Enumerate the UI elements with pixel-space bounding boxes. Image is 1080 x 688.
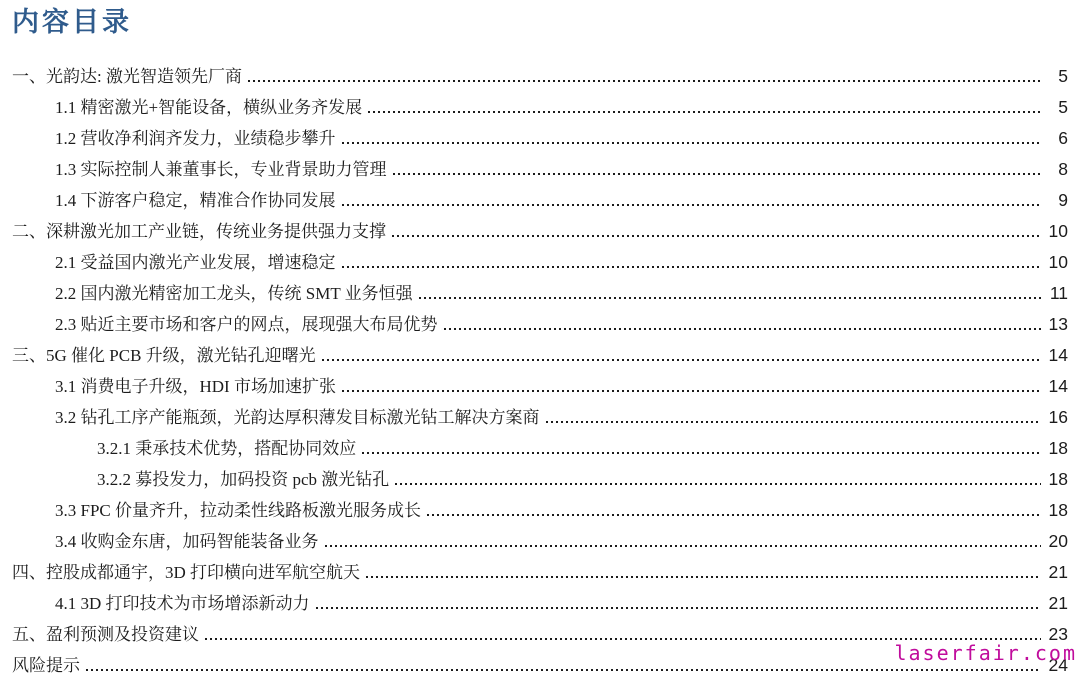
toc-leader-dots (322, 359, 1041, 361)
toc-entry[interactable]: 1.1 精密激光+智能设备，横纵业务齐发展 5 (12, 91, 1068, 122)
toc-entry[interactable]: 2.1 受益国内激光产业发展，增速稳定 10 (12, 246, 1068, 277)
toc-entry[interactable]: 风险提示 24 (12, 649, 1068, 680)
toc-entry[interactable]: 五、盈利预测及投资建议 23 (12, 618, 1068, 649)
toc-entry-page: 8 (1044, 159, 1068, 184)
toc-entry[interactable]: 3.3 FPC 价量齐升，拉动柔性线路板激光服务成长 18 (12, 494, 1068, 525)
toc-leader-dots (395, 483, 1041, 485)
toc-entry-label: 一、光韵达: 激光智造领先厂商 (12, 66, 242, 91)
toc-entry-label: 1.2 营收净利润齐发力，业绩稳步攀升 (55, 128, 336, 153)
toc-leader-dots (342, 142, 1042, 144)
toc-entry-label: 2.3 贴近主要市场和客户的网点，展现强大布局优势 (55, 314, 438, 339)
toc-entry-page: 9 (1044, 190, 1068, 215)
toc-entry-label: 1.3 实际控制人兼董事长，专业背景助力管理 (55, 159, 387, 184)
toc-entry[interactable]: 3.2 钻孔工序产能瓶颈，光韵达厚积薄发目标激光钻工解决方案商 16 (12, 401, 1068, 432)
toc-entry[interactable]: 1.2 营收净利润齐发力，业绩稳步攀升 6 (12, 122, 1068, 153)
toc-entry[interactable]: 一、光韵达: 激光智造领先厂商 5 (12, 60, 1068, 91)
toc-entry[interactable]: 4.1 3D 打印技术为市场增添新动力 21 (12, 587, 1068, 618)
toc-entry-label: 4.1 3D 打印技术为市场增添新动力 (55, 593, 310, 618)
toc-leader-dots (368, 111, 1041, 113)
toc-leader-dots (86, 669, 1041, 671)
toc-entry-label: 四、控股成都通宇，3D 打印横向进军航空航天 (12, 562, 360, 587)
toc-entry-page: 5 (1044, 97, 1068, 122)
toc-entry-label: 3.1 消费电子升级，HDI 市场加速扩张 (55, 376, 336, 401)
toc-entry-page: 6 (1044, 128, 1068, 153)
toc-entry-page: 16 (1044, 407, 1068, 432)
toc-leader-dots (248, 80, 1041, 82)
toc-entry-page: 18 (1044, 469, 1068, 494)
toc-entry-label: 三、5G 催化 PCB 升级，激光钻孔迎曙光 (12, 345, 316, 370)
toc-leader-dots (362, 452, 1041, 454)
toc-entry-page: 20 (1044, 531, 1068, 556)
toc-entry[interactable]: 3.2.2 募投发力，加码投资 pcb 激光钻孔 18 (12, 463, 1068, 494)
toc-entry-label: 二、深耕激光加工产业链，传统业务提供强力支撑 (12, 221, 386, 246)
toc-leader-dots (366, 576, 1041, 578)
toc-entry-label: 3.4 收购金东唐，加码智能装备业务 (55, 531, 319, 556)
toc-entry[interactable]: 二、深耕激光加工产业链，传统业务提供强力支撑 10 (12, 215, 1068, 246)
toc-entry-page: 11 (1044, 283, 1068, 308)
toc-entry-page: 18 (1044, 500, 1068, 525)
toc-entry-label: 五、盈利预测及投资建议 (12, 624, 199, 649)
toc-leader-dots (205, 638, 1041, 640)
toc-entry[interactable]: 四、控股成都通宇，3D 打印横向进军航空航天 21 (12, 556, 1068, 587)
toc-entry-page: 23 (1044, 624, 1068, 649)
toc-leader-dots (444, 328, 1042, 330)
toc-entry[interactable]: 三、5G 催化 PCB 升级，激光钻孔迎曙光 14 (12, 339, 1068, 370)
toc-entry[interactable]: 1.3 实际控制人兼董事长，专业背景助力管理 8 (12, 153, 1068, 184)
toc-leader-dots (546, 421, 1042, 423)
toc-leader-dots (342, 266, 1042, 268)
toc-entry-label: 3.2.2 募投发力，加码投资 pcb 激光钻孔 (97, 469, 389, 494)
toc-leader-dots (392, 235, 1041, 237)
toc-leader-dots (316, 607, 1041, 609)
toc-entry-page: 14 (1044, 376, 1068, 401)
toc-page: 内容目录 一、光韵达: 激光智造领先厂商 5 1.1 精密激光+智能设备，横纵业… (0, 0, 1080, 688)
toc-entry-page: 24 (1044, 655, 1068, 680)
toc-entry[interactable]: 3.1 消费电子升级，HDI 市场加速扩张 14 (12, 370, 1068, 401)
toc-leader-dots (342, 390, 1041, 392)
toc-entry-page: 21 (1044, 593, 1068, 618)
toc-entry-page: 10 (1044, 252, 1068, 277)
toc-entry-page: 18 (1044, 438, 1068, 463)
toc-entry-page: 13 (1044, 314, 1068, 339)
toc-entry[interactable]: 2.3 贴近主要市场和客户的网点，展现强大布局优势 13 (12, 308, 1068, 339)
toc-entry-label: 3.3 FPC 价量齐升，拉动柔性线路板激光服务成长 (55, 500, 421, 525)
toc-leader-dots (325, 545, 1042, 547)
toc-entry-page: 10 (1044, 221, 1068, 246)
toc-entry-page: 5 (1044, 66, 1068, 91)
toc-leader-dots (427, 514, 1041, 516)
toc-entry-label: 3.2 钻孔工序产能瓶颈，光韵达厚积薄发目标激光钻工解决方案商 (55, 407, 540, 432)
toc-entry[interactable]: 2.2 国内激光精密加工龙头，传统 SMT 业务恒强 11 (12, 277, 1068, 308)
toc-entry-page: 14 (1044, 345, 1068, 370)
toc-list: 一、光韵达: 激光智造领先厂商 5 1.1 精密激光+智能设备，横纵业务齐发展 … (12, 60, 1068, 680)
toc-leader-dots (419, 297, 1041, 299)
toc-leader-dots (342, 204, 1042, 206)
toc-entry-page: 21 (1044, 562, 1068, 587)
toc-entry-label: 1.1 精密激光+智能设备，横纵业务齐发展 (55, 97, 362, 122)
toc-entry[interactable]: 3.4 收购金东唐，加码智能装备业务 20 (12, 525, 1068, 556)
toc-entry-label: 风险提示 (12, 655, 80, 680)
toc-entry-label: 1.4 下游客户稳定，精准合作协同发展 (55, 190, 336, 215)
page-title: 内容目录 (12, 6, 1068, 39)
toc-entry-label: 3.2.1 秉承技术优势，搭配协同效应 (97, 438, 356, 463)
toc-entry[interactable]: 3.2.1 秉承技术优势，搭配协同效应 18 (12, 432, 1068, 463)
toc-entry[interactable]: 1.4 下游客户稳定，精准合作协同发展 9 (12, 184, 1068, 215)
toc-entry-label: 2.1 受益国内激光产业发展，增速稳定 (55, 252, 336, 277)
toc-leader-dots (393, 173, 1042, 175)
toc-entry-label: 2.2 国内激光精密加工龙头，传统 SMT 业务恒强 (55, 283, 413, 308)
